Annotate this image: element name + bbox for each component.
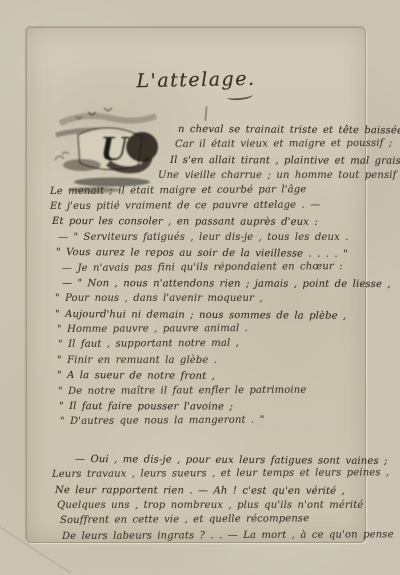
poem-line: " D'autres que nous la mangeront . " bbox=[60, 414, 362, 431]
poem-line: Souffrent en cette vie , et quelle récom… bbox=[60, 513, 362, 530]
poem-line: Ne leur rapportent rien . — Ah ! c'est q… bbox=[55, 485, 362, 501]
poem-line: — Je n'avais pas fini qu'ils répondaient… bbox=[62, 260, 362, 277]
poem-line: Leurs travaux , leurs sueurs , et leur t… bbox=[52, 468, 362, 485]
poem-line: " Il faut , supportant notre mal , bbox=[58, 337, 362, 355]
poem-line: Car il était vieux et maigre et poussif … bbox=[175, 138, 362, 154]
poem-line: Il s'en allait tirant , plaintive et mal… bbox=[170, 155, 362, 171]
poem-line: " De notre maître il faut enfler le patr… bbox=[58, 384, 362, 401]
etching-scan: L'attelage. U bbox=[0, 0, 400, 575]
poem-line: " Pour nous , dans l'avenir moqueur , bbox=[55, 293, 362, 308]
bird-icon bbox=[104, 108, 112, 111]
poem-lines: n cheval se trainait triste et tête bais… bbox=[26, 124, 362, 546]
etched-plate: L'attelage. U bbox=[26, 27, 366, 543]
poem-line: — " Serviteurs fatigués , leur dis-je , … bbox=[58, 232, 362, 247]
poem-line: Et j'eus pitié vraiment de ce pauvre att… bbox=[50, 199, 362, 216]
poem-line: Le menait ; il était maigre et courbé pa… bbox=[50, 183, 362, 201]
poem-title: L'attelage. bbox=[26, 65, 366, 94]
poem-line: " Finir en remuant la glèbe . bbox=[57, 355, 362, 370]
title-pen-stroke bbox=[204, 106, 207, 121]
title-underline-flourish bbox=[227, 91, 254, 102]
poem-line: — " Non , nous n'attendons rien ; jamais… bbox=[62, 278, 362, 294]
poem-line: De leurs labeurs ingrats ? . . — La mort… bbox=[62, 529, 362, 546]
poem-line: Et pour les consoler , en passant auprès… bbox=[52, 216, 362, 232]
cloud-smudge bbox=[60, 116, 156, 123]
